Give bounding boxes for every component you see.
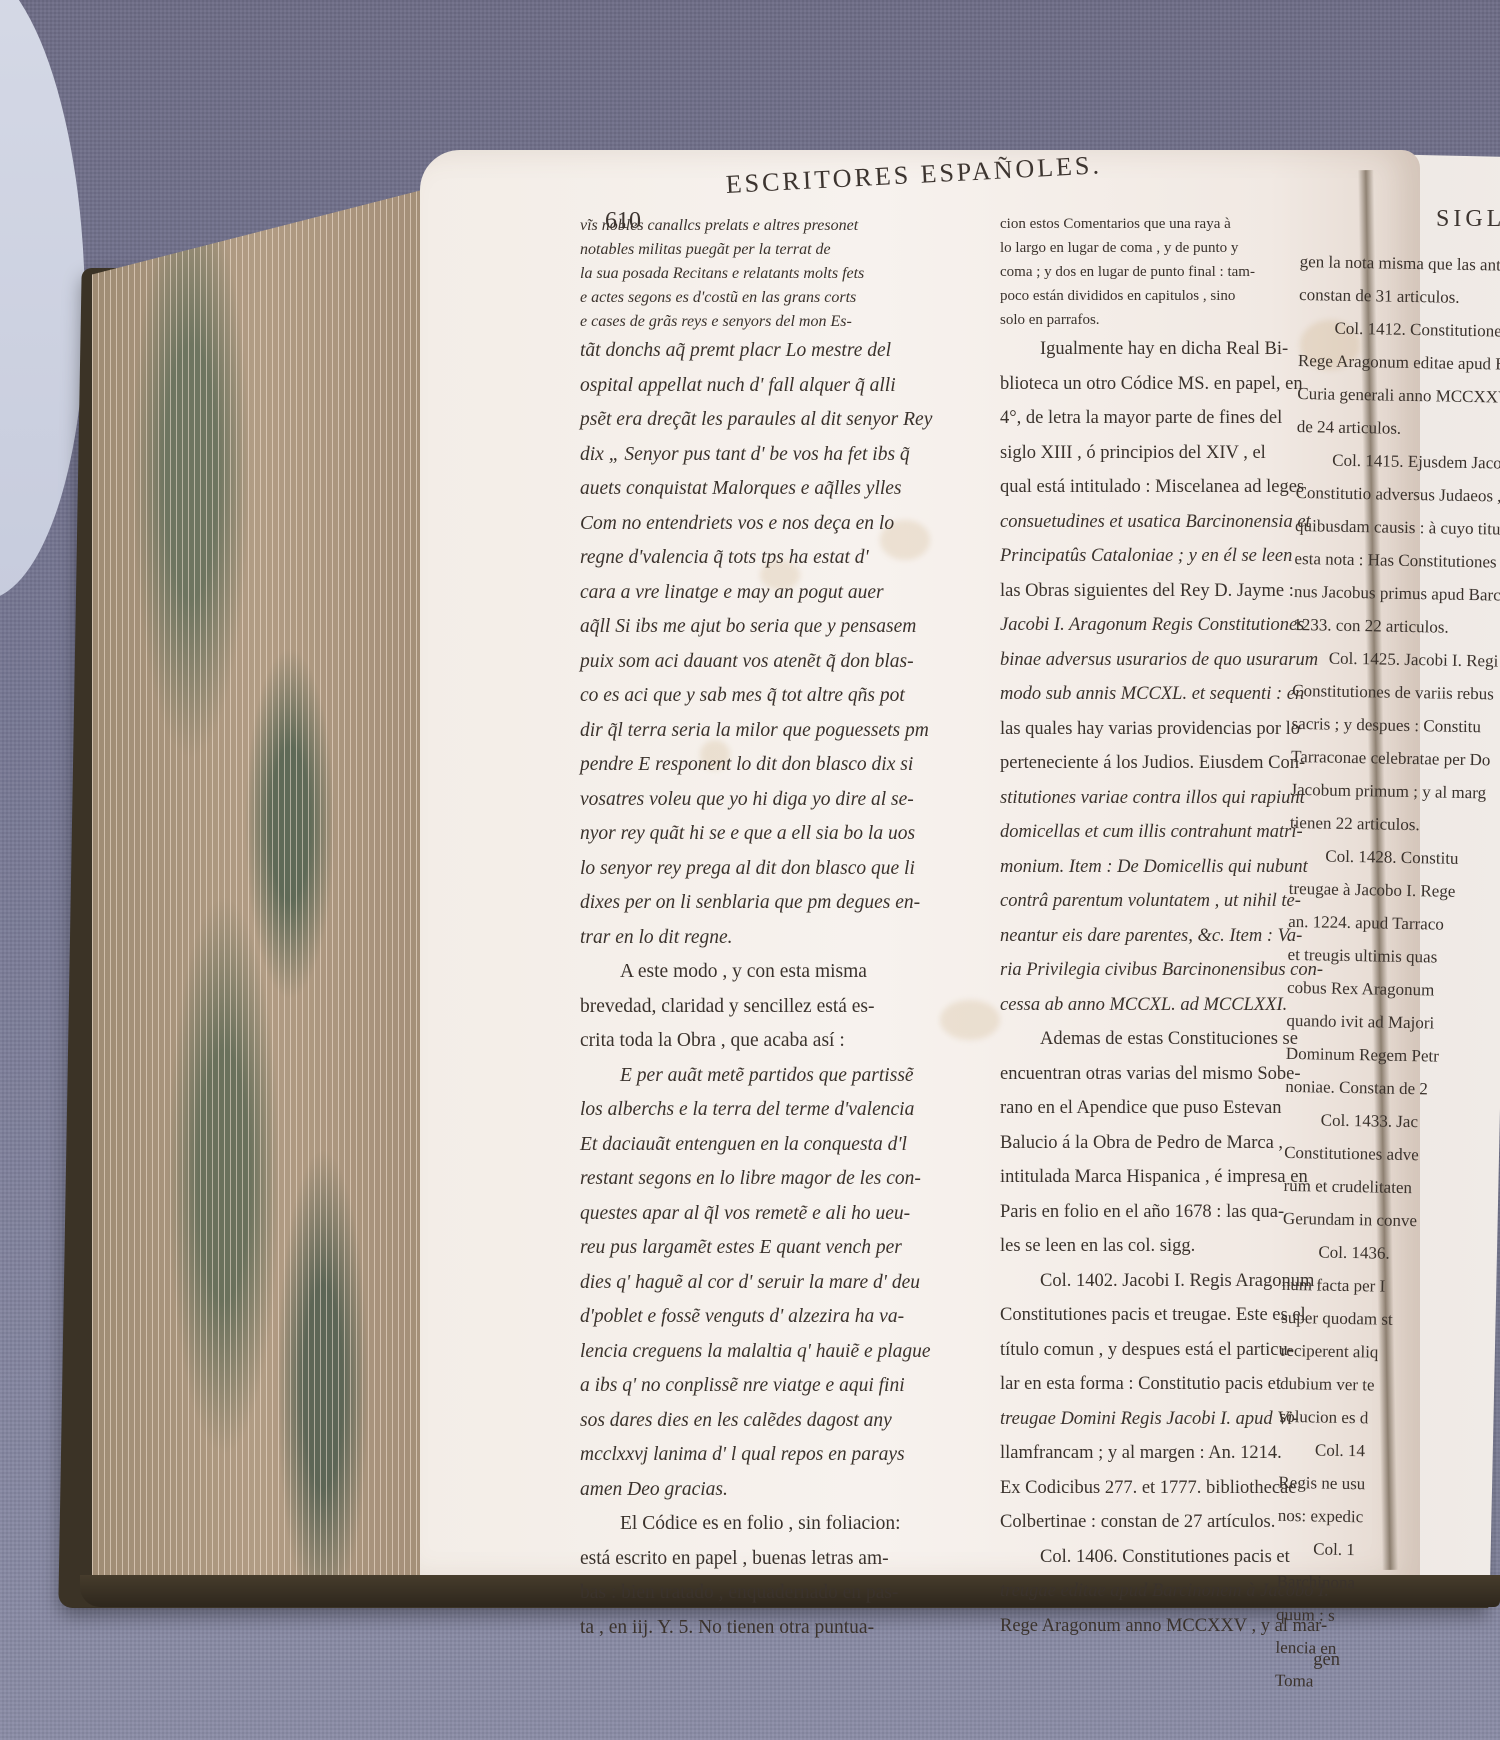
text-line: cobus Rex Aragonum: [1287, 971, 1500, 1008]
text-line: gen la nota misma que las antecedentes: [1299, 245, 1500, 282]
text-line: auets conquistat Malorques e aq̃lles yll…: [580, 472, 980, 507]
text-line: ospital appellat nuch d' fall alquer q̃ …: [580, 369, 980, 404]
text-line: treugae à Jacobo I. Rege: [1288, 872, 1500, 909]
text-line: restant segons en lo libre magor de les …: [580, 1162, 980, 1197]
text-line: quum : s: [1276, 1598, 1497, 1635]
text-line: nyor rey quãt hi se e que a ell sia bo l…: [580, 817, 980, 852]
text-line: rum et crudelitaten: [1283, 1169, 1500, 1206]
text-line: constan de 31 articulos.: [1299, 278, 1500, 315]
text-line: dix „ Senyor pus tant d' be vos ha fet i…: [580, 438, 980, 473]
text-line: Toma: [1275, 1664, 1496, 1701]
text-line: trar en lo dit regne.: [580, 921, 980, 956]
text-line: reu pus largamẽt estes E quant vench per: [580, 1231, 980, 1266]
text-line: de 24 articulos.: [1297, 410, 1500, 447]
text-line: a ibs q' no conplissẽ nre viatge e aqui …: [580, 1369, 980, 1404]
text-line: vosatres voleu que yo hi diga yo dire al…: [580, 783, 980, 818]
text-line: Constitutiones adve: [1284, 1136, 1500, 1173]
text-line: questes apar al q̃l vos remetẽ e ali ho …: [580, 1197, 980, 1232]
text-line: 1233. con 22 articulos.: [1293, 608, 1500, 645]
text-line: co es aci que y sab mes q̃ tot altre qñs…: [580, 679, 980, 714]
text-line: vĩs nobles canallcs prelats e altres pre…: [580, 214, 980, 238]
text-line: Barchinona: [1276, 1565, 1497, 1602]
text-line: nos: expedic: [1278, 1499, 1499, 1536]
text-line: mcclxxvj lanima d' l qual repos en paray…: [580, 1438, 980, 1473]
text-line: Col. 1: [1277, 1532, 1498, 1569]
text-line: cion estos Comentarios que una raya à: [1000, 212, 1360, 236]
text-line: brevedad, claridad y sencillez está es-: [580, 990, 980, 1025]
text-line: Com no entendriets vos e nos deça en lo: [580, 507, 980, 542]
text-line: Col. 1412. Constitutiones à Jacobo: [1298, 311, 1500, 348]
text-line: aq̃ll Si ibs me ajut bo seria que y pens…: [580, 610, 980, 645]
text-line: quando ivit ad Majori: [1286, 1004, 1500, 1041]
text-line: Col. 1433. Jac: [1284, 1103, 1500, 1140]
marbled-page-edge: [92, 190, 422, 1598]
text-line: sos dares dies en les calẽdes dagost any: [580, 1404, 980, 1439]
text-line: psẽt era dreçãt les paraules al dit seny…: [580, 403, 980, 438]
text-line: Col. 1415. Ejusdem Jacobi: [1296, 443, 1500, 480]
text-line: A este modo , y con esta misma: [580, 955, 980, 990]
text-line: Jacobum primum ; y al marg: [1290, 773, 1500, 810]
text-line: tãt donchs aq̃ premt placr Lo mestre del: [580, 334, 980, 369]
text-line: Col. 1428. Constitu: [1289, 839, 1500, 876]
text-line: ta , en iij. Y. 5. No tienen otra puntua…: [580, 1611, 980, 1646]
text-line: dubium ver te: [1280, 1367, 1500, 1404]
text-line: Curia generali anno MCCXXVIII : con: [1297, 377, 1500, 414]
text-line: sacris ; y despues : Constitu: [1291, 707, 1500, 744]
text-line: está escrito en papel , buenas letras am…: [580, 1542, 980, 1577]
text-line: Tarraconae celebratae per Do: [1291, 740, 1500, 777]
text-line: notables militas puegãt per la terrat de: [580, 238, 980, 262]
text-line: la sua posada Recitans e relatants molts…: [580, 262, 980, 286]
text-line: Gerundam in conve: [1283, 1202, 1500, 1239]
text-line: Regis ne usu: [1278, 1466, 1499, 1503]
catalan-quote-1: vĩs nobles canallcs prelats e altres pre…: [580, 214, 980, 955]
left-page-column-1: vĩs nobles canallcs prelats e altres pre…: [580, 214, 980, 1645]
text-line: E per auãt metẽ partidos que partissẽ: [580, 1059, 980, 1094]
text-line: Constitutiones de variis rebus: [1292, 674, 1500, 711]
text-line: lencia en: [1275, 1631, 1496, 1668]
text-line: Col. 1425. Jacobi I. Regi: [1293, 641, 1500, 678]
text-line: cara a vre linatge e may an pogut auer: [580, 576, 980, 611]
text-line: El Códice es en folio , sin foliacion:: [580, 1507, 980, 1542]
text-line: quibusdam causis : à cuyo titulo: [1295, 509, 1500, 546]
text-line: los alberchs e la terra del terme d'vale…: [580, 1093, 980, 1128]
text-line: e actes segons es d'costũ en las grans c…: [580, 286, 980, 310]
text-line: Et daciauãt entenguen en la conquesta d'…: [580, 1128, 980, 1163]
paragraph: A este modo , y con esta misma brevedad,…: [580, 955, 980, 1059]
text-line: e cases de grãs reys e senyors del mon E…: [580, 310, 980, 334]
text-line: Col. 14: [1279, 1433, 1500, 1470]
text-line: Rege Aragonum editae apud Barcinonem: [1298, 344, 1500, 381]
text-line: Dominum Regem Petr: [1286, 1037, 1500, 1074]
text-line: et treugis ultimis quas: [1287, 938, 1500, 975]
text-line: dir q̃l terra seria la milor que poguess…: [580, 714, 980, 749]
text-line: super quodam st: [1281, 1301, 1500, 1338]
text-line: pendre E responent lo dit don blasco dix…: [580, 748, 980, 783]
text-line: d'poblet e fossẽ venguts d' alzezira ha …: [580, 1300, 980, 1335]
text-line: lo senyor rey prega al dit don blasco qu…: [580, 852, 980, 887]
text-line: bas : bien tratado , enquadernado en pas…: [580, 1576, 980, 1611]
right-page-column: gen la nota misma que las antecedentesco…: [1275, 245, 1500, 1701]
text-line: noniae. Constan de 2: [1285, 1070, 1500, 1107]
text-line: reciperent aliq: [1280, 1334, 1500, 1371]
paragraph: El Códice es en folio , sin foliacion: e…: [580, 1507, 980, 1645]
text-line: amen Deo gracias.: [580, 1473, 980, 1508]
text-line: tienen 22 articulos.: [1290, 806, 1500, 843]
text-line: solucion es d: [1279, 1400, 1500, 1437]
right-page-running-head: SIGL: [1436, 206, 1500, 233]
text-line: lencia creguens la malaltia q' hauiẽ e p…: [580, 1335, 980, 1370]
text-line: nus Jacobus primus apud Barchin: [1294, 575, 1500, 612]
text-line: num facta per I: [1282, 1268, 1500, 1305]
text-line: dies q' haguẽ al cor d' seruir la mare d…: [580, 1266, 980, 1301]
text-line: dixes per on li senblaria que pm degues …: [580, 886, 980, 921]
text-line: an. 1224. apud Tarraco: [1288, 905, 1500, 942]
text-line: Constitutio adversus Judaeos , et: [1295, 476, 1500, 513]
text-line: Col. 1436.: [1282, 1235, 1500, 1272]
catalan-quote-2: E per auãt metẽ partidos que partissẽ lo…: [580, 1059, 980, 1508]
text-line: crita toda la Obra , que acaba así :: [580, 1024, 980, 1059]
text-line: puix som aci dauant vos atenẽt q̃ don bl…: [580, 645, 980, 680]
text-line: esta nota : Has Constitutiones f: [1294, 542, 1500, 579]
text-line: regne d'valencia q̃ tots tps ha estat d': [580, 541, 980, 576]
